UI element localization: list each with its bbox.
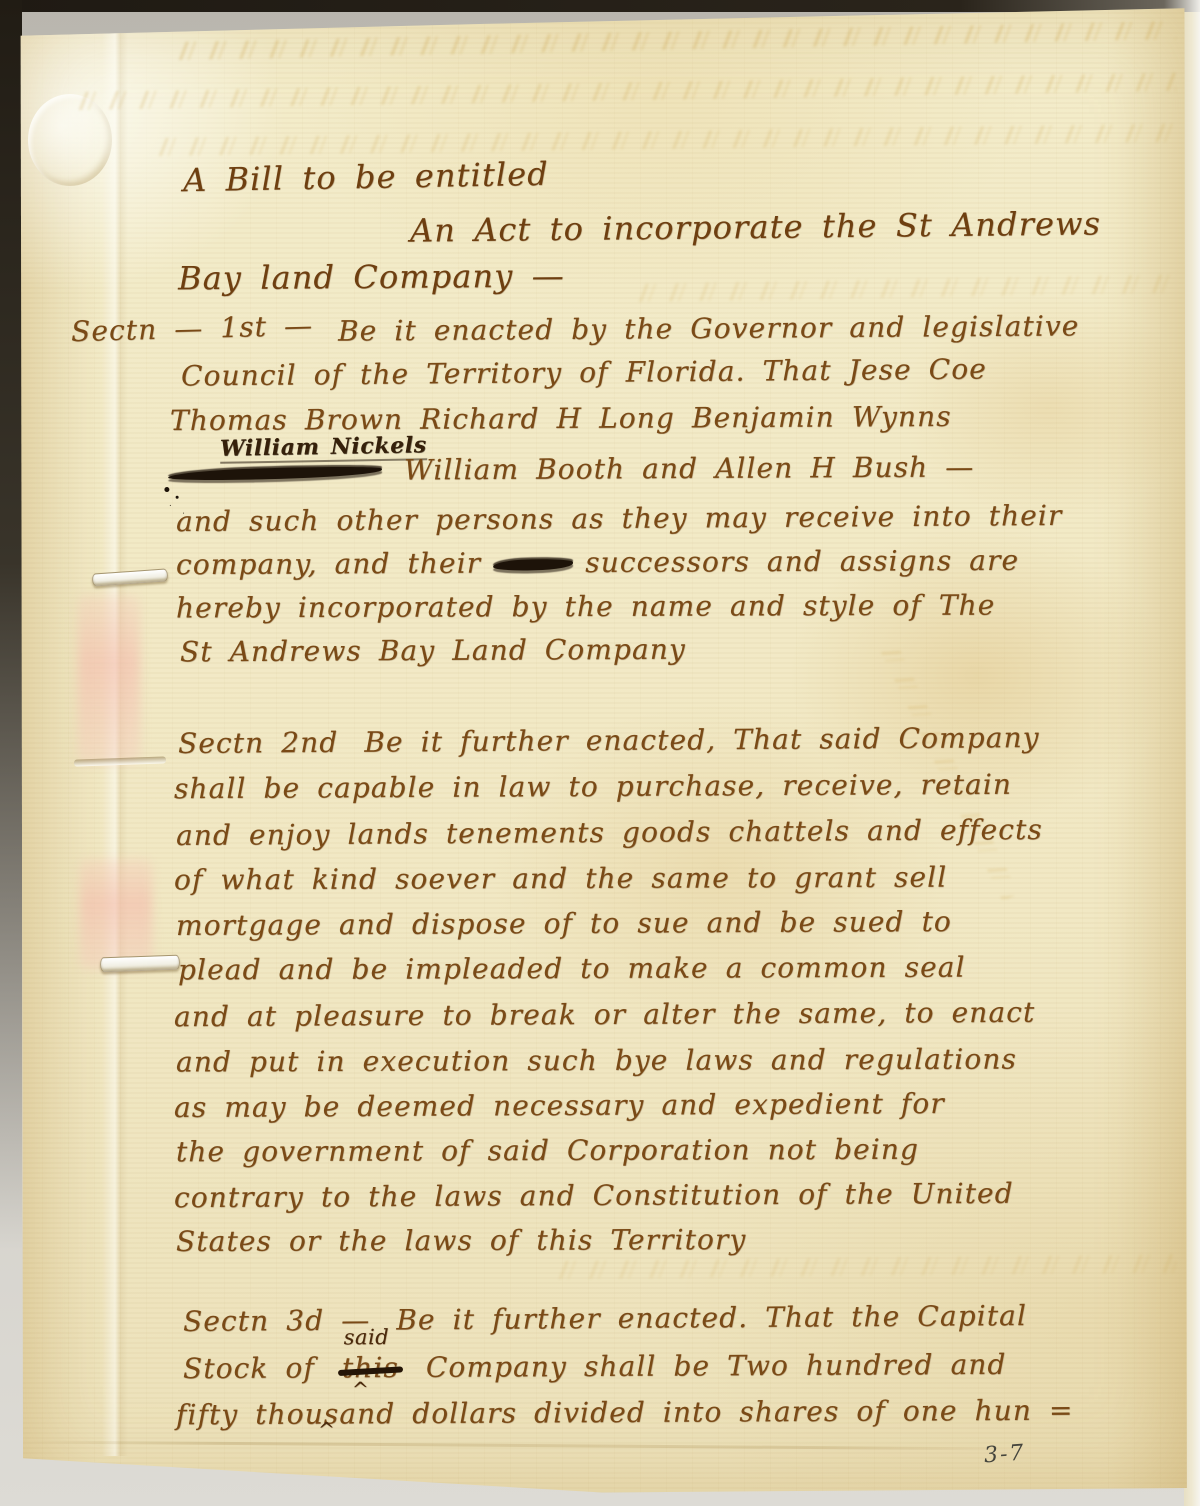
scan-top-border (0, 0, 1200, 12)
interlinear-insertion: William Nickels (220, 432, 427, 464)
manuscript-line: Stock of thissaid^ Company shall be Two … (183, 1348, 1007, 1385)
ribbon-stain-lower (80, 858, 152, 970)
struck-word-blot (493, 558, 573, 571)
insertion-said: said (344, 1325, 390, 1349)
manuscript-line: and such other persons as they may recei… (176, 499, 1063, 538)
bleed-through-text (76, 73, 1176, 110)
line-text: Council of the Territory of Florida. Tha… (181, 352, 987, 392)
line-text: the government of said Corporation not b… (176, 1133, 919, 1169)
manuscript-line: Council of the Territory of Florida. Tha… (181, 352, 987, 392)
struck-word-this: thissaid^ (342, 1351, 399, 1384)
manuscript-line: shall be capable in law to purchase, rec… (174, 768, 1012, 805)
section-label: Sectn — 1st — (71, 309, 314, 348)
bleed-through-text (556, 1255, 1176, 1279)
line-text: fifty thousand dollars divided into shar… (176, 1394, 1074, 1432)
section1-margin-label: Sectn — 1st — (71, 309, 314, 348)
manuscript-line: the government of said Corporation not b… (176, 1133, 919, 1169)
line-text: Be it further enacted. That the Capital (396, 1299, 1027, 1336)
horizontal-crease (16, 1440, 1026, 1450)
line-text: Company shall be Two hundred and (426, 1348, 1007, 1384)
manuscript-line: and enjoy lands tenements goods chattels… (176, 813, 1043, 852)
manuscript-line: Be it enacted by the Governor and legisl… (338, 309, 1080, 347)
line-text: successors and assigns are (585, 544, 1019, 579)
section-label: Sectn 3d — (183, 1304, 370, 1338)
caret-mark: ^ (318, 1418, 336, 1442)
manuscript-line: St Andrews Bay Land Company (180, 633, 686, 669)
line-text: and at pleasure to break or alter the sa… (174, 996, 1035, 1034)
manuscript-line: as may be deemed necessary and expedient… (174, 1087, 945, 1124)
line-text: shall be capable in law to purchase, rec… (174, 768, 1012, 805)
binding-slit-lower (100, 955, 180, 973)
manuscript-line: and at pleasure to break or alter the sa… (174, 996, 1035, 1034)
line-text: contrary to the laws and Constitution of… (174, 1177, 1014, 1214)
struck-out-name-blot (168, 465, 382, 482)
bleed-through-text (176, 21, 1176, 60)
line-text: and such other persons as they may recei… (176, 499, 1063, 538)
line-text: St Andrews Bay Land Company (180, 633, 686, 669)
manuscript-line: Thomas Brown Richard H Long Benjamin Wyn… (170, 400, 952, 437)
manuscript-line: contrary to the laws and Constitution of… (174, 1177, 1014, 1214)
bleed-through-text (636, 275, 1176, 302)
manuscript-line: company, and theirsuccessors and assigns… (176, 544, 1019, 581)
scanned-manuscript-page: { "ink": { "primary": "#7a4a16", "headin… (0, 0, 1200, 1506)
line-text: Stock of (183, 1351, 315, 1385)
insertion-text: William Nickels (220, 432, 427, 462)
manuscript-line: Sectn 3d —Be it further enacted. That th… (183, 1299, 1027, 1338)
line-text: Thomas Brown Richard H Long Benjamin Wyn… (170, 400, 952, 437)
line-text: Be it further enacted, That said Company (364, 721, 1040, 759)
line-text: of what kind soever and the same to gran… (174, 861, 947, 897)
title-text: A Bill to be entitled (183, 155, 549, 199)
line-text: and put in execution such bye laws and r… (176, 1043, 1017, 1079)
manuscript-line: of what kind soever and the same to gran… (174, 861, 947, 897)
page-number-text: 3-7 (983, 1441, 1026, 1469)
section-label: Sectn 2nd (178, 726, 339, 760)
title-line-2: An Act to incorporate the St Andrews (410, 204, 1101, 249)
title-text: An Act to incorporate the St Andrews (410, 204, 1101, 249)
line-text: plead and be impleaded to make a common … (178, 951, 966, 987)
line-text: William Booth and Allen H Bush — (404, 451, 975, 487)
line-text: company, and their (176, 547, 481, 582)
manuscript-paper: A Bill to be entitled An Act to incorpor… (16, 6, 1188, 1494)
title-text: Bay land Company — (178, 257, 565, 298)
bleed-through-text (156, 124, 1176, 156)
line-text: hereby incorporated by the name and styl… (176, 589, 996, 625)
manuscript-line: mortgage and dispose of to sue and be su… (176, 905, 952, 942)
scan-left-border (0, 0, 22, 1250)
line-text: States or the laws of this Territory (176, 1223, 746, 1258)
struck-text: this (342, 1351, 399, 1384)
manuscript-line: States or the laws of this Territory (176, 1223, 746, 1258)
title-line-1: A Bill to be entitled (183, 155, 549, 199)
manuscript-line: plead and be impleaded to make a common … (178, 951, 966, 987)
title-line-3: Bay land Company — (178, 257, 565, 298)
manuscript-line: and put in execution such bye laws and r… (176, 1043, 1017, 1079)
manuscript-line: William Booth and Allen H Bush — (404, 451, 975, 487)
manuscript-line: fifty thousand dollars divided into shar… (176, 1394, 1074, 1432)
manuscript-line: Sectn 2ndBe it further enacted, That sai… (178, 721, 1040, 760)
line-text: Be it enacted by the Governor and legisl… (338, 309, 1080, 347)
ribbon-stain-upper (78, 594, 140, 764)
archival-page-number: 3-7 (983, 1441, 1026, 1469)
line-text: mortgage and dispose of to sue and be su… (176, 905, 952, 942)
line-text: as may be deemed necessary and expedient… (174, 1087, 945, 1124)
line-text: and enjoy lands tenements goods chattels… (176, 813, 1043, 852)
manuscript-line: hereby incorporated by the name and styl… (176, 589, 996, 625)
